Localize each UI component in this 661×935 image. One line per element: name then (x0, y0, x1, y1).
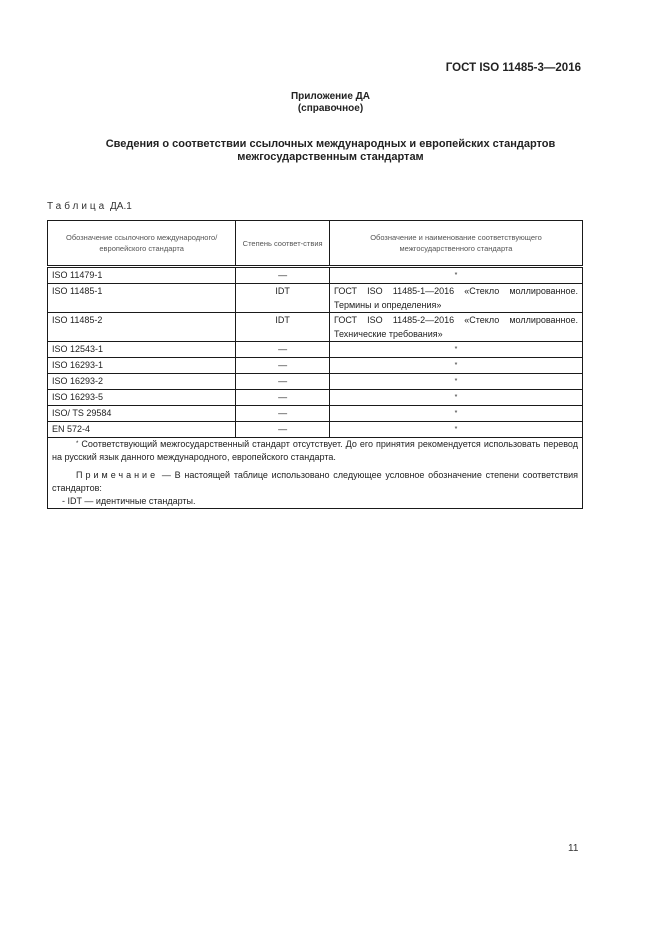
table-notes: * Соответствующий межгосударственный ста… (48, 438, 583, 509)
appendix-title: Сведения о соответствии ссылочных междун… (0, 138, 661, 164)
cell-gost: * (329, 267, 582, 284)
column-header-designation: Обозначение ссылочного международного/ев… (48, 221, 236, 267)
cell-designation: ISO 11485-1 (48, 284, 236, 313)
appendix-heading: Приложение ДА (справочное) (0, 91, 661, 115)
table-row: ISO 16293-2—* (48, 374, 583, 390)
cell-degree: — (236, 406, 330, 422)
cell-degree: — (236, 358, 330, 374)
title-line-1: Сведения о соответствии ссылочных междун… (0, 138, 661, 151)
appendix-type: (справочное) (0, 103, 661, 115)
cell-gost: * (329, 374, 582, 390)
cell-gost: * (329, 358, 582, 374)
table-caption-word: Таблица (47, 201, 107, 212)
cell-designation: ISO 11485-2 (48, 313, 236, 342)
cell-designation: ISO 16293-1 (48, 358, 236, 374)
cell-designation: ISO 11479-1 (48, 267, 236, 284)
table-caption: Таблица ДА.1 (47, 201, 132, 212)
table-row: ISO 16293-5—* (48, 390, 583, 406)
footnote-text: Соответствующий межгосударственный станд… (52, 439, 578, 462)
table-row: ISO 11485-1IDTГОСТ ISO 11485-1—2016 «Сте… (48, 284, 583, 313)
table-body: ISO 11479-1—*ISO 11485-1IDTГОСТ ISO 1148… (48, 267, 583, 438)
page-number: 11 (568, 843, 578, 854)
cell-gost: ГОСТ ISO 11485-2—2016 «Стекло моллирован… (329, 313, 582, 342)
cell-gost: * (329, 406, 582, 422)
title-line-2: межгосударственным стандартам (0, 151, 661, 164)
cell-designation: EN 572-4 (48, 422, 236, 438)
table-row: ISO 11485-2IDTГОСТ ISO 11485-2—2016 «Сте… (48, 313, 583, 342)
cell-degree: — (236, 374, 330, 390)
cell-gost: ГОСТ ISO 11485-1—2016 «Стекло моллирован… (329, 284, 582, 313)
table-notes-row: * Соответствующий межгосударственный ста… (48, 438, 583, 509)
cell-degree: IDT (236, 313, 330, 342)
cell-designation: ISO 16293-5 (48, 390, 236, 406)
cell-degree: IDT (236, 284, 330, 313)
cell-degree: — (236, 390, 330, 406)
cell-gost: * (329, 390, 582, 406)
cell-designation: ISO 16293-2 (48, 374, 236, 390)
table-row: ISO 12543-1—* (48, 342, 583, 358)
cell-gost: * (329, 342, 582, 358)
table-caption-number: ДА.1 (110, 201, 132, 212)
standards-table: Обозначение ссылочного международного/ев… (47, 220, 583, 509)
table-row: ISO/ TS 29584—* (48, 406, 583, 422)
table-row: EN 572-4—* (48, 422, 583, 438)
cell-degree: — (236, 342, 330, 358)
cell-designation: ISO 12543-1 (48, 342, 236, 358)
column-header-degree: Степень соответ-ствия (236, 221, 330, 267)
footnote-mark: * (76, 441, 78, 447)
cell-degree: — (236, 422, 330, 438)
footnote: * Соответствующий межгосударственный ста… (52, 438, 578, 464)
table-row: ISO 11479-1—* (48, 267, 583, 284)
note-item: - IDT — идентичные стандарты. (52, 495, 578, 508)
table-row: ISO 16293-1—* (48, 358, 583, 374)
appendix-label: Приложение ДА (0, 91, 661, 103)
cell-gost: * (329, 422, 582, 438)
column-header-gost: Обозначение и наименование соответствующ… (329, 221, 582, 267)
table-header-row: Обозначение ссылочного международного/ев… (48, 221, 583, 267)
cell-degree: — (236, 267, 330, 284)
note-label: Примечание (76, 470, 158, 480)
cell-designation: ISO/ TS 29584 (48, 406, 236, 422)
document-code: ГОСТ ISO 11485-3—2016 (446, 62, 581, 74)
note: Примечание — В настоящей таблице использ… (52, 469, 578, 495)
